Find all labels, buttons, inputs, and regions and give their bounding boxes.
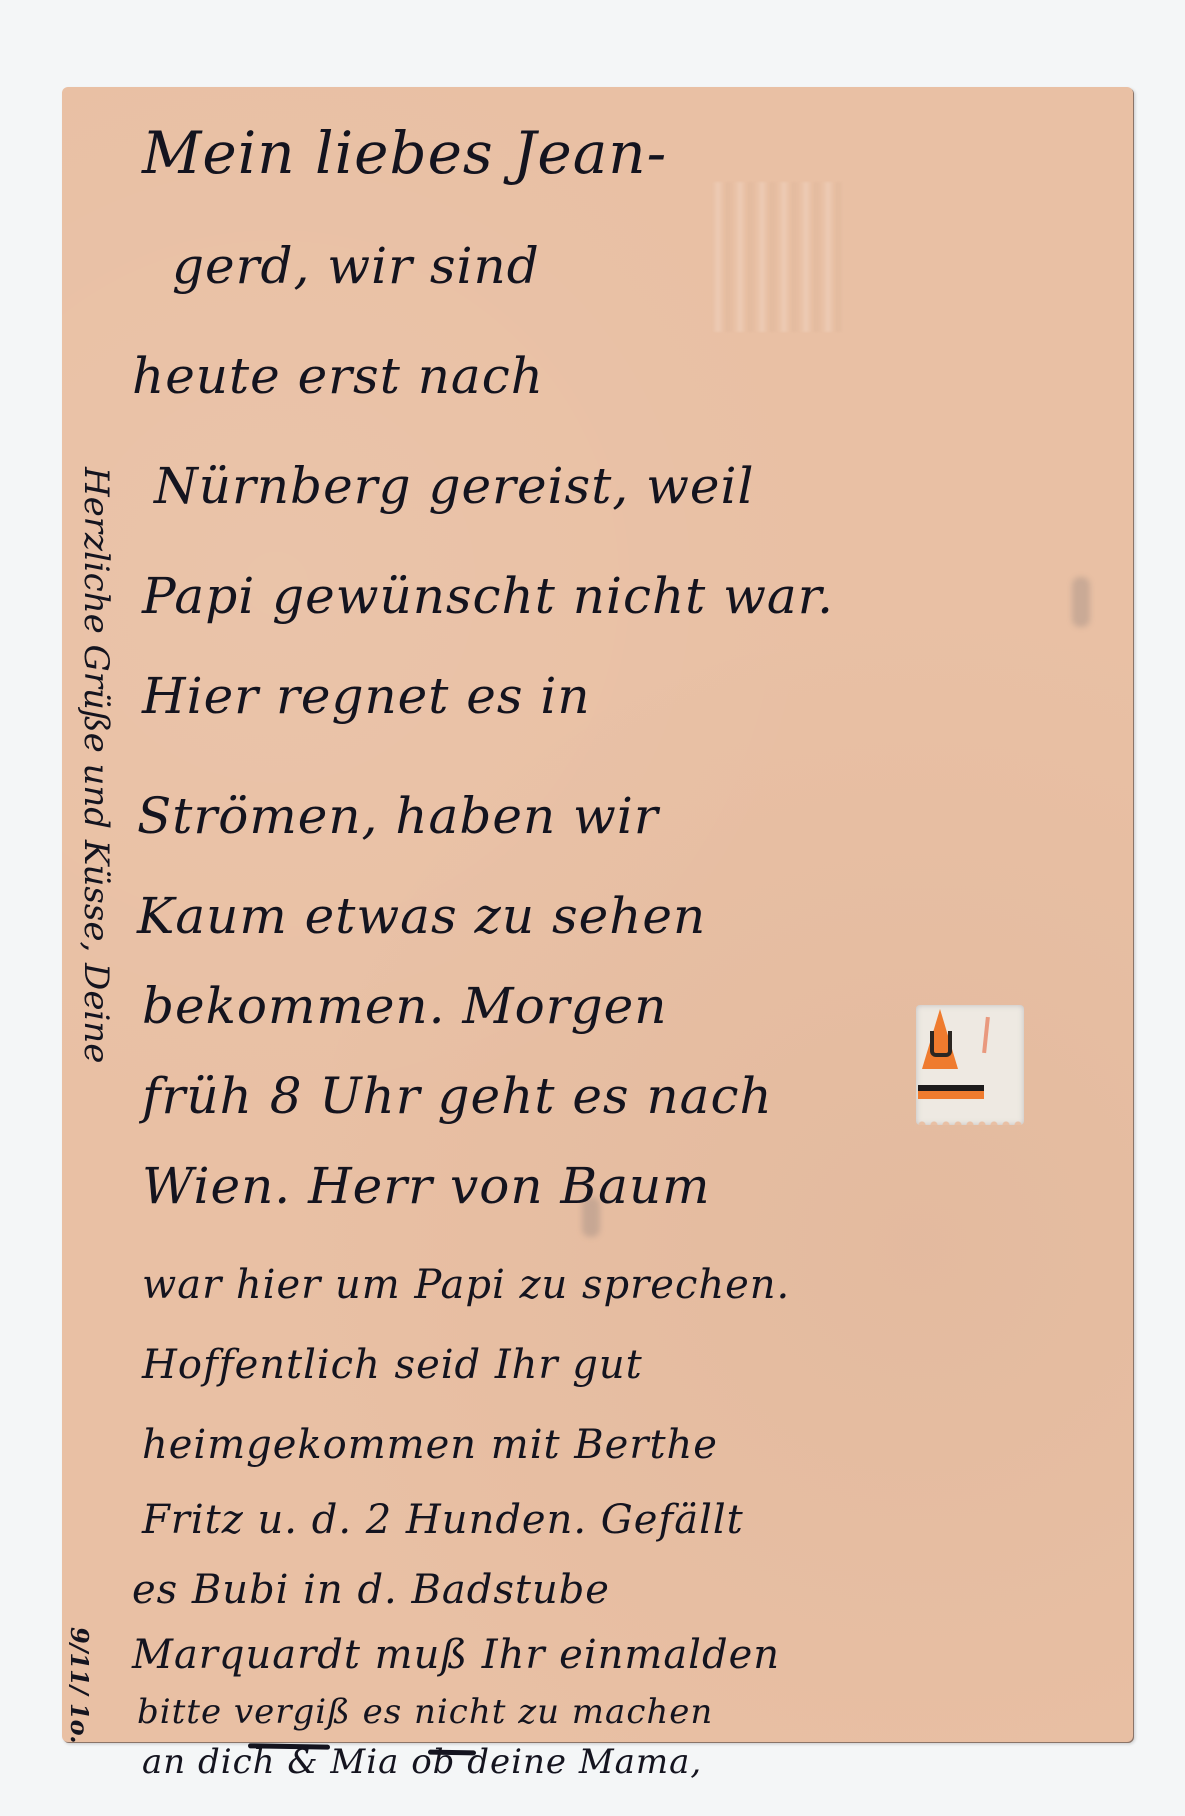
- letter-line-12: war hier um Papi zu sprechen.: [142, 1262, 790, 1308]
- stamp-glyph: [930, 1031, 952, 1057]
- letter-line-11: Wien. Herr von Baum: [142, 1157, 711, 1215]
- letter-line-17: Marquardt muß Ihr einmalden: [132, 1632, 780, 1678]
- letter-line-5: Papi gewünscht nicht war.: [142, 567, 834, 625]
- stamp-remnant: [916, 1005, 1024, 1125]
- letter-line-13: Hoffentlich seid Ihr gut: [142, 1342, 643, 1388]
- letter-line-14: heimgekommen mit Berthe: [142, 1422, 718, 1468]
- letter-line-15: Fritz u. d. 2 Hunden. Gefällt: [142, 1497, 744, 1543]
- letter-line-7: Strömen, haben wir: [137, 787, 659, 845]
- letter-line-10: früh 8 Uhr geht es nach: [142, 1067, 773, 1125]
- letter-line-6: Hier regnet es in: [142, 667, 591, 725]
- postcard: Mein liebes Jean- gerd, wir sind heute e…: [62, 87, 1133, 1742]
- stamp-orange-bar: [918, 1091, 984, 1099]
- letter-line-19: an dich & Mia ob deine Mama,: [142, 1742, 702, 1782]
- letter-line-4: Nürnberg gereist, weil: [154, 457, 754, 515]
- stamp-perforation: [916, 1117, 1024, 1125]
- underline-stroke: [428, 1750, 476, 1756]
- letter-line-3: heute erst nach: [132, 347, 544, 405]
- embossed-stamp-impression: [712, 182, 842, 332]
- letter-line-8: Kaum etwas zu sehen: [137, 887, 706, 945]
- letter-line-16: es Bubi in d. Badstube: [132, 1567, 610, 1613]
- ink-smudge: [1072, 577, 1090, 627]
- letter-line-2: gerd, wir sind: [172, 237, 540, 295]
- letter-line-1: Mein liebes Jean-: [142, 119, 667, 187]
- margin-date: 9/11/ 1o.: [65, 1627, 94, 1744]
- margin-note-vertical: Herzliche Grüße und Küsse, Deine: [76, 467, 116, 1063]
- letter-line-18: bitte vergiß es nicht zu machen: [137, 1692, 713, 1732]
- letter-line-9: bekommen. Morgen: [142, 977, 667, 1035]
- stamp-red-mark: [982, 1017, 990, 1053]
